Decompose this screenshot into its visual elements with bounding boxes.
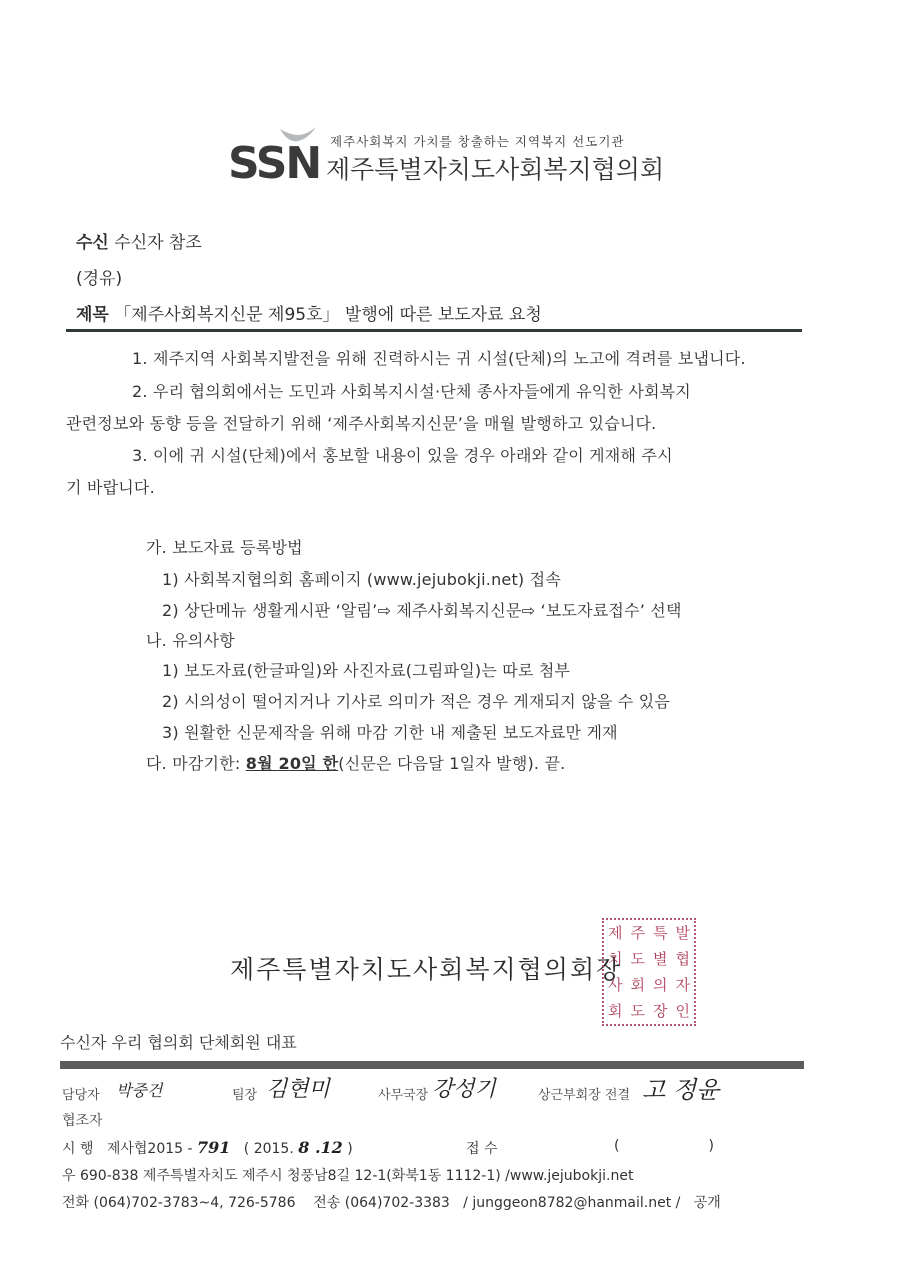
organization-tagline: 제주사회복지 가치를 창출하는 지역복지 선도기관 <box>330 132 624 150</box>
seal-char: 제 <box>604 920 627 946</box>
deadline-prefix: 다. 마감기한: <box>146 754 246 773</box>
seal-char: 사 <box>604 972 627 998</box>
approver-label-vice-president: 상근부회장 전결 <box>538 1084 630 1103</box>
section-na-title: 나. 유의사항 <box>146 628 235 651</box>
seal-char: 회 <box>604 998 627 1024</box>
seal-char: 발 <box>672 920 695 946</box>
paragraph-1: 1. 제주지역 사회복지발전을 위해 진력하시는 귀 시설(단체)의 노고에 격… <box>132 346 746 369</box>
execution-line: 시 행 제사협2015 - 791 ( 2015. 8 .12 ) <box>62 1138 353 1158</box>
seal-char: 의 <box>649 972 672 998</box>
seal-char: 장 <box>649 998 672 1024</box>
execution-date: 8 .12 <box>298 1138 343 1157</box>
receipt-value: ( ) <box>614 1138 714 1154</box>
seal-char: 도 <box>627 998 650 1024</box>
deadline-date: 8월 20일 한 <box>246 754 339 773</box>
execution-doc-number: 791 <box>197 1138 230 1157</box>
seal-char: 자 <box>672 972 695 998</box>
approver-label-secretary-general: 사무국장 <box>378 1084 428 1103</box>
contact-line: 전화 (064)702-3783~4, 726-5786 전송 (064)702… <box>62 1192 721 1212</box>
section-na-item-2: 2) 시의성이 떨어지거나 기사로 의미가 적은 경우 게재되지 않을 수 있음 <box>162 689 670 712</box>
approver-label-staff: 담당자 <box>62 1084 100 1103</box>
signatory-title: 제주특별자치도사회복지협의회장 <box>230 950 622 986</box>
recipient-label: 수신 <box>76 233 109 253</box>
paragraph-2-line-2: 관련정보와 동향 등을 전달하기 위해 ‘제주사회복지신문’을 매월 발행하고 … <box>66 411 656 434</box>
organization-name: 제주특별자치도사회복지협의회 <box>326 150 664 186</box>
execution-date-prefix: ( 2015. <box>244 1141 294 1157</box>
execution-date-suffix: ) <box>347 1141 352 1157</box>
seal-char: 특 <box>649 920 672 946</box>
signature-staff: 박중건 <box>116 1078 162 1101</box>
cooperator-label: 협조자 <box>62 1110 103 1130</box>
deadline-suffix: (신문은 다음달 1일자 발행). 끝. <box>338 754 565 773</box>
subject-label: 제목 <box>76 305 109 325</box>
paragraph-2-line-1: 2. 우리 협의회에서는 도민과 사회복지시설·단체 종사자들에게 유익한 사회… <box>132 379 691 402</box>
section-da-deadline: 다. 마감기한: 8월 20일 한(신문은 다음달 1일자 발행). 끝. <box>146 751 565 774</box>
section-na-item-1: 1) 보도자료(한글파일)와 사진자료(그림파일)는 따로 첨부 <box>162 658 570 681</box>
section-ga-title: 가. 보도자료 등록방법 <box>146 535 303 558</box>
seal-char: 주 <box>627 920 650 946</box>
seal-char: 도 <box>627 946 650 972</box>
subject-value: 「제주사회복지신문 제95호」 발행에 따른 보도자료 요청 <box>114 305 542 325</box>
recipient-value: 수신자 참조 <box>114 233 202 253</box>
seal-char: 별 <box>649 946 672 972</box>
approver-label-team-leader: 팀장 <box>232 1084 257 1103</box>
seal-char: 치 <box>604 946 627 972</box>
paragraph-3-line-2: 기 바랍니다. <box>66 475 155 498</box>
ssn-logo: SSN <box>228 142 320 186</box>
recipient-line: 수신 수신자 참조 <box>76 228 202 253</box>
section-ga-item-1: 1) 사회복지협의회 홈페이지 (www.jejubokji.net) 접속 <box>162 567 561 590</box>
subject-line: 제목 「제주사회복지신문 제95호」 발행에 따른 보도자료 요청 <box>76 300 542 325</box>
paragraph-3-line-1: 3. 이에 귀 시설(단체)에서 홍보할 내용이 있을 경우 아래와 같이 게재… <box>132 443 673 466</box>
signature-secretary-general: 강성기 <box>432 1072 496 1103</box>
section-na-item-3: 3) 원활한 신문제작을 위해 마감 기한 내 제출된 보도자료만 게재 <box>162 720 618 743</box>
approval-divider <box>60 1061 804 1069</box>
subject-divider <box>66 329 802 332</box>
recipients-line: 수신자 우리 협의회 단체회원 대표 <box>60 1030 297 1053</box>
seal-char: 회 <box>627 972 650 998</box>
execution-label: 시 행 <box>62 1141 94 1157</box>
signature-team-leader: 김현미 <box>266 1072 330 1103</box>
signature-vice-president: 고 정윤 <box>642 1070 719 1105</box>
receipt-label: 접 수 <box>466 1138 498 1158</box>
execution-doc-prefix: 제사협2015 - <box>107 1141 193 1157</box>
via-line: (경유) <box>76 264 122 289</box>
seal-char: 협 <box>672 946 695 972</box>
seal-char: 인 <box>672 998 695 1024</box>
official-seal-stamp: 제 주 특 발 치 도 별 협 사 회 의 자 회 도 장 인 <box>602 918 696 1026</box>
address-line: 우 690-838 제주특별자치도 제주시 청풍남8길 12-1(화북1동 11… <box>62 1165 633 1185</box>
section-ga-item-2: 2) 상단메뉴 생활게시판 ‘알림’⇨ 제주사회복지신문⇨ ‘보도자료접수’ 선… <box>162 598 682 621</box>
